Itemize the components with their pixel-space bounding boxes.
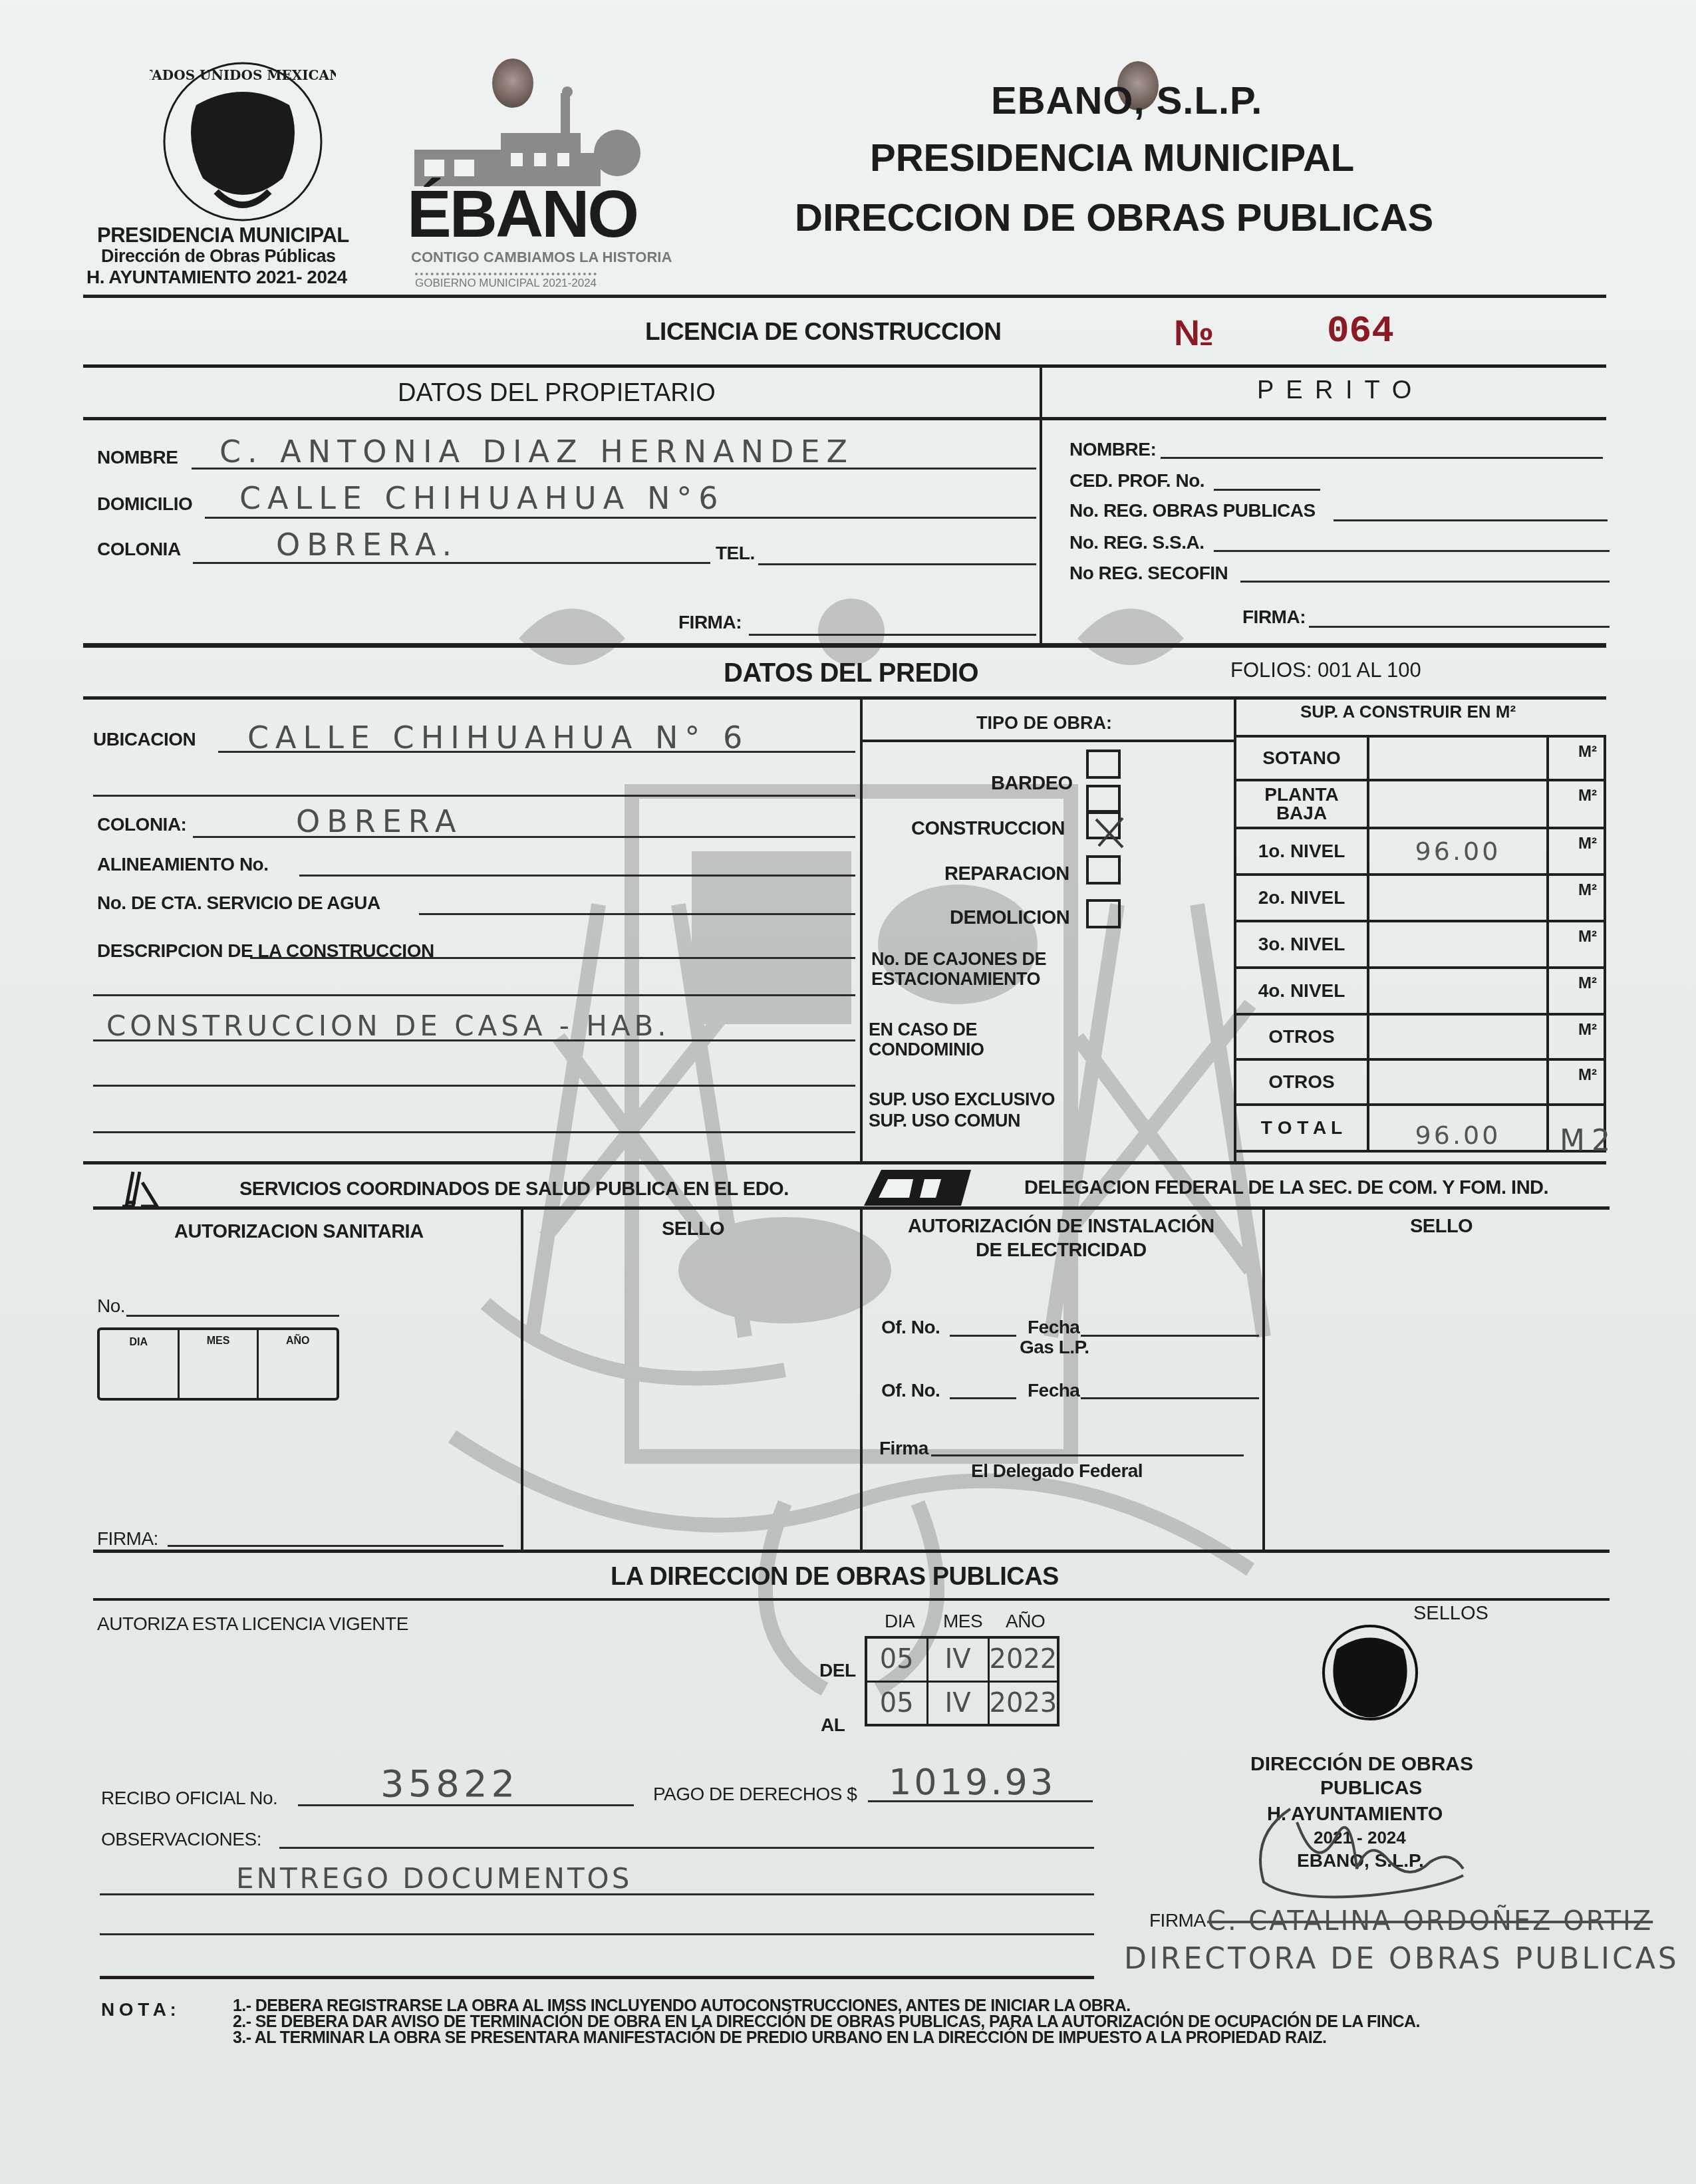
owner-name-value: C. ANTONIA DIAZ HERNANDEZ: [219, 434, 854, 470]
predio-colonia-field[interactable]: [193, 810, 855, 838]
descripcion-field-1[interactable]: [250, 934, 855, 959]
secofi-fecha-label-2: Fecha: [1028, 1380, 1079, 1401]
alineamiento-field[interactable]: [299, 851, 855, 877]
vigencia-col-dia: DIA: [885, 1611, 915, 1632]
owner-name-label: NOMBRE: [97, 447, 178, 468]
superficie-row-value[interactable]: [1368, 780, 1548, 828]
salud-date-mes: MES: [180, 1330, 259, 1398]
vigencia-al-label: AL: [821, 1714, 845, 1736]
superficie-row: PLANTA BAJAM²: [1235, 780, 1605, 828]
tipo-construccion-label: CONSTRUCCION: [911, 818, 1065, 840]
secofi-logo-icon: [861, 1167, 974, 1208]
superficie-row-unit: M²: [1548, 736, 1605, 780]
salud-no-label: No.: [97, 1296, 125, 1317]
vigencia-col-mes: MES: [943, 1611, 982, 1632]
superficie-row: 3o. NIVELM²: [1235, 921, 1605, 968]
title-direccion: DIRECCION DE OBRAS PUBLICAS: [795, 196, 1433, 240]
al-dia[interactable]: 05: [866, 1681, 927, 1725]
predio-heading: DATOS DEL PREDIO: [724, 658, 978, 688]
secofi-gas-label: Gas L.P.: [1020, 1337, 1089, 1358]
tipo-bardeo-checkbox[interactable]: [1086, 750, 1121, 779]
salud-date-box[interactable]: DIA MES AÑO: [97, 1327, 339, 1401]
secofi-of-no-label-1: Of. No.: [881, 1317, 940, 1338]
pago-value: 1019.93: [889, 1761, 1056, 1803]
direccion-firma-name: C. CATALINA ORDOÑEZ ORTIZ: [1207, 1906, 1653, 1937]
superficie-row: 4o. NIVELM²: [1235, 968, 1605, 1014]
alineamiento-label: ALINEAMIENTO No.: [97, 854, 268, 875]
total-unit-handwritten: M2: [1560, 1124, 1617, 1158]
superficie-row-label: 1o. NIVEL: [1235, 828, 1368, 875]
nota-item-3: 3.- AL TERMINAR LA OBRA SE PRESENTARA MA…: [233, 2028, 1326, 2048]
autoriza-label: AUTORIZA ESTA LICENCIA VIGENTE: [97, 1613, 408, 1635]
ubicacion-field-line-2[interactable]: [93, 771, 855, 797]
condominio-label: EN CASO DE CONDOMINIO: [869, 1020, 984, 1059]
secofi-of-no-label-2: Of. No.: [881, 1380, 940, 1401]
owner-tel-label: TEL.: [716, 543, 755, 564]
predio-folios: FOLIOS: 001 AL 100: [1230, 658, 1421, 682]
tipo-bardeo-label: BARDEO: [991, 773, 1073, 795]
del-dia[interactable]: 05: [866, 1637, 927, 1681]
owner-colonia-label: COLONIA: [97, 539, 181, 560]
nota-label: N O T A :: [101, 1999, 176, 2020]
license-number-label: №: [1174, 313, 1214, 354]
secofi-fecha-label-1: Fecha: [1028, 1317, 1079, 1338]
owner-colonia-value: OBRERA.: [276, 527, 458, 563]
direccion-firma-label: FIRMA: [1149, 1910, 1206, 1931]
superficie-row-label: 3o. NIVEL: [1235, 921, 1368, 968]
salud-date-dia: DIA: [100, 1330, 180, 1398]
title-presidencia: PRESIDENCIA MUNICIPAL: [870, 136, 1354, 180]
perito-reg-secofin-label: No REG. SECOFIN: [1069, 563, 1228, 584]
secofi-of-no-field-2[interactable]: [950, 1377, 1016, 1399]
descripcion-field-2[interactable]: [93, 971, 855, 996]
tipo-demolicion-label: DEMOLICION: [950, 907, 1069, 929]
official-seal-stamp-icon: [1314, 1613, 1427, 1732]
observaciones-field-3[interactable]: [100, 1909, 1094, 1935]
agua-field[interactable]: [419, 890, 855, 915]
secofi-fecha-field-1[interactable]: [1081, 1314, 1259, 1337]
superficie-row-value[interactable]: [1368, 1059, 1548, 1105]
ubicacion-value: CALLE CHIHUAHUA N° 6: [247, 720, 749, 755]
salud-firma-field[interactable]: [168, 1523, 503, 1547]
secofi-firma-label: Firma: [879, 1438, 928, 1459]
logo-slogan: CONTIGO CAMBIAMOS LA HISTORIA: [411, 249, 672, 266]
superficie-row: OTROSM²: [1235, 1059, 1605, 1105]
superficie-row-label: PLANTA BAJA: [1235, 780, 1368, 828]
secofi-auth-label: AUTORIZACIÓN DE INSTALACIÓN DE ELECTRICI…: [908, 1214, 1214, 1263]
superficie-row-unit: M²: [1548, 875, 1605, 921]
superficie-row: SOTANOM²: [1235, 736, 1605, 780]
observaciones-label: OBSERVACIONES:: [101, 1829, 261, 1850]
observaciones-field-1[interactable]: [279, 1825, 1094, 1849]
owner-signature-field[interactable]: [749, 609, 1036, 636]
owner-signature-label: FIRMA:: [678, 612, 742, 633]
superficie-row-unit: M²: [1548, 1014, 1605, 1059]
descripcion-value: CONSTRUCCION DE CASA - HAB.: [106, 1010, 670, 1042]
perito-reg-obras-label: No. REG. OBRAS PUBLICAS: [1069, 500, 1316, 521]
salud-firma-label: FIRMA:: [97, 1528, 158, 1550]
vigencia-al-row[interactable]: 05 IV 2023: [866, 1681, 1058, 1725]
superficie-total-value[interactable]: 96.00: [1368, 1105, 1548, 1151]
observaciones-value: ENTREGO DOCUMENTOS: [236, 1862, 632, 1895]
salud-auth-label: AUTORIZACION SANITARIA: [174, 1221, 424, 1243]
direccion-firma-title: DIRECTORA DE OBRAS PUBLICAS: [1124, 1942, 1679, 1976]
propietario-heading: DATOS DEL PROPIETARIO: [398, 379, 716, 408]
owner-address-label: DOMICILIO: [97, 493, 192, 515]
predio-colonia-label: COLONIA:: [97, 814, 186, 835]
superficie-heading: SUP. A CONSTRUIR EN M²: [1300, 702, 1516, 722]
salud-sello-label: SELLO: [662, 1218, 724, 1240]
svg-text:ESTADOS UNIDOS MEXICANOS: ESTADOS UNIDOS MEXICANOS: [150, 67, 336, 83]
superficie-row-label: 2o. NIVEL: [1235, 875, 1368, 921]
owner-address-value: CALLE CHIHUAHUA N°6: [239, 480, 725, 516]
perito-reg-ssa-label: No. REG. S.S.A.: [1069, 532, 1204, 553]
superficie-row-value[interactable]: [1368, 1014, 1548, 1059]
perito-cedula-field[interactable]: [1214, 467, 1320, 491]
superficie-row-value[interactable]: 96.00: [1368, 828, 1548, 875]
uso-comun-label: SUP. USO COMUN: [869, 1111, 1020, 1131]
header-left-line-3: H. AYUNTAMIENTO 2021- 2024: [86, 267, 347, 288]
title-ebano-slp: EBANO, S.L.P.: [991, 78, 1262, 123]
superficie-table: SOTANOM²PLANTA BAJAM²1o. NIVEL96.00M²2o.…: [1234, 735, 1606, 1153]
superficie-row-label: SOTANO: [1235, 736, 1368, 780]
recibo-label: RECIBO OFICIAL No.: [101, 1788, 277, 1809]
superficie-row-value[interactable]: [1368, 736, 1548, 780]
predio-colonia-value: OBRERA: [296, 803, 462, 839]
superficie-row-label: 4o. NIVEL: [1235, 968, 1368, 1014]
cajones-label: No. DE CAJONES DE ESTACIONAMIENTO: [871, 950, 1046, 989]
del-ano[interactable]: 2022: [988, 1637, 1058, 1681]
perito-signature-field[interactable]: [1309, 604, 1610, 628]
vigencia-del-row[interactable]: 05 IV 2022: [866, 1637, 1058, 1681]
secofi-firma-field[interactable]: [931, 1434, 1244, 1456]
superficie-row-label: OTROS: [1235, 1014, 1368, 1059]
superficie-row: OTROSM²: [1235, 1014, 1605, 1059]
mexican-coat-of-arms-icon: ESTADOS UNIDOS MEXICANOS: [150, 59, 336, 225]
secofi-of-no-field-1[interactable]: [950, 1314, 1016, 1337]
superficie-row-value[interactable]: [1368, 968, 1548, 1014]
secofi-heading: DELEGACION FEDERAL DE LA SEC. DE COM. Y …: [1024, 1177, 1548, 1199]
superficie-row-unit: M²: [1548, 1059, 1605, 1105]
uso-exclusivo-label: SUP. USO EXCLUSIVO: [869, 1089, 1055, 1110]
logo-ebano-name: ÉBANO: [407, 181, 637, 247]
check-x-mark-icon: [1091, 813, 1131, 853]
al-ano[interactable]: 2023: [988, 1681, 1058, 1725]
perito-cedula-label: CED. PROF. No.: [1069, 470, 1204, 491]
tipo-obra-heading: TIPO DE OBRA:: [976, 713, 1112, 734]
ubicacion-label: UBICACION: [93, 729, 196, 750]
superficie-row-value[interactable]: [1368, 921, 1548, 968]
al-mes[interactable]: IV: [927, 1681, 988, 1725]
direccion-heading: LA DIRECCION DE OBRAS PUBLICAS: [611, 1563, 1059, 1591]
superficie-row-unit: M²: [1548, 828, 1605, 875]
salud-no-field[interactable]: [126, 1293, 339, 1317]
superficie-total-label: T O T A L: [1235, 1105, 1368, 1151]
agua-label: No. DE CTA. SERVICIO DE AGUA: [97, 892, 380, 914]
descripcion-field-4[interactable]: [93, 1061, 855, 1087]
superficie-row-label: OTROS: [1235, 1059, 1368, 1105]
recibo-value: 35822: [380, 1762, 519, 1806]
perito-heading: P E R I T O: [1257, 376, 1414, 405]
observaciones-field-4[interactable]: [100, 1951, 1094, 1978]
salud-heading: SERVICIOS COORDINADOS DE SALUD PUBLICA E…: [239, 1178, 789, 1200]
superficie-row-unit: M²: [1548, 921, 1605, 968]
license-title: LICENCIA DE CONSTRUCCION: [645, 318, 1001, 346]
tipo-reparacion-label: REPARACION: [944, 863, 1069, 885]
handwritten-signature-icon: [1237, 1796, 1503, 1909]
stamp-line-1: DIRECCIÓN DE OBRAS: [1250, 1753, 1473, 1776]
superficie-row: 2o. NIVELM²: [1235, 875, 1605, 921]
secofi-fecha-field-2[interactable]: [1081, 1377, 1259, 1399]
perito-reg-obras-field[interactable]: [1334, 497, 1608, 521]
header-left-line-2: Dirección de Obras Públicas: [101, 246, 336, 267]
perito-reg-ssa-field[interactable]: [1214, 528, 1610, 552]
logo-subtitle: GOBIERNO MUNICIPAL 2021-2024: [415, 273, 597, 290]
vigencia-col-ano: AÑO: [1006, 1611, 1045, 1632]
superficie-row-value[interactable]: [1368, 875, 1548, 921]
superficie-row-unit: M²: [1548, 968, 1605, 1014]
vigencia-del-label: DEL: [819, 1660, 856, 1681]
secofi-delegado-label: El Delegado Federal: [971, 1460, 1143, 1482]
ebano-town-logo-icon: [411, 86, 644, 186]
perito-name-label: NOMBRE:: [1069, 439, 1156, 460]
perito-reg-secofin-field[interactable]: [1240, 559, 1610, 583]
secofi-sello-label: SELLO: [1410, 1216, 1473, 1238]
pago-label: PAGO DE DERECHOS $: [653, 1784, 857, 1805]
superficie-row-unit: M²: [1548, 780, 1605, 828]
superficie-total-row: T O T A L96.00: [1235, 1105, 1605, 1151]
ssa-logo-icon: [120, 1169, 160, 1208]
descripcion-field-5[interactable]: [93, 1108, 855, 1133]
superficie-row: 1o. NIVEL96.00M²: [1235, 828, 1605, 875]
salud-date-ano: AÑO: [259, 1330, 337, 1398]
perito-signature-label: FIRMA:: [1242, 607, 1306, 628]
tipo-demolicion-checkbox[interactable]: [1086, 899, 1121, 928]
tipo-reparacion-checkbox[interactable]: [1086, 855, 1121, 885]
perito-name-field[interactable]: [1161, 435, 1603, 459]
license-number: 064: [1327, 310, 1394, 352]
vigencia-date-grid[interactable]: 05 IV 2022 05 IV 2023: [865, 1636, 1060, 1726]
header-left-line-1: PRESIDENCIA MUNICIPAL: [97, 223, 349, 247]
del-mes[interactable]: IV: [927, 1637, 988, 1681]
construction-license-form: ESTADOS UNIDOS MEXICANOS PRESIDENCIA MUN…: [0, 0, 1696, 2184]
owner-tel-field[interactable]: [758, 539, 1036, 565]
